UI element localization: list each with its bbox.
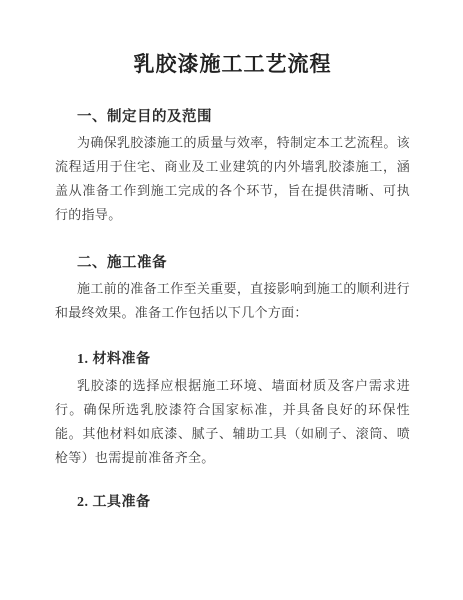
document-page: 乳胶漆施工工艺流程 一、制定目的及范围 为确保乳胶漆施工的质量与效率，特制定本工… [0,0,463,600]
paragraph-material-preparation: 乳胶漆的选择应根据施工环境、墙面材质及客户需求进行。确保所选乳胶漆符合国家标准，… [55,374,410,470]
subsection-heading-material-preparation: 1. 材料准备 [77,351,410,369]
paragraph-preparation-intro: 施工前的准备工作至关重要，直接影响到施工的顺利进行和最终效果。准备工作包括以下几… [55,277,410,325]
document-title: 乳胶漆施工工艺流程 [55,0,410,80]
section-heading-construction-preparation: 二、施工准备 [77,254,410,272]
subsection-heading-tool-preparation: 2. 工具准备 [77,494,410,512]
paragraph-purpose-and-scope: 为确保乳胶漆施工的质量与效率，特制定本工艺流程。该流程适用于住宅、商业及工业建筑… [55,131,410,227]
section-heading-purpose-and-scope: 一、制定目的及范围 [77,108,410,126]
